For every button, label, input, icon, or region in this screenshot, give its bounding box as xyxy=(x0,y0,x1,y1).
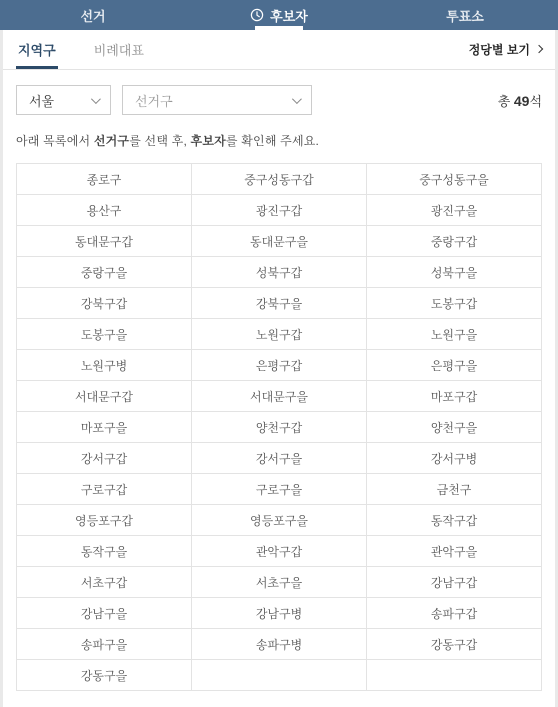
district-table: 종로구중구성동구갑중구성동구을용산구광진구갑광진구을동대문구갑동대문구을중랑구갑… xyxy=(16,163,542,691)
district-cell[interactable]: 동작구을 xyxy=(17,536,192,567)
tab-bar: 지역구비례대표 정당별 보기 xyxy=(3,30,555,70)
district-cell[interactable]: 중구성동구을 xyxy=(367,164,542,195)
nav-item-label: 투표소 xyxy=(446,6,484,25)
district-cell[interactable]: 마포구을 xyxy=(17,412,192,443)
district-cell[interactable]: 강동구갑 xyxy=(367,629,542,660)
table-row: 영등포구갑영등포구을동작구갑 xyxy=(17,505,542,536)
district-cell[interactable]: 양천구갑 xyxy=(192,412,367,443)
content-card: 지역구비례대표 정당별 보기 서울 선거구 총 49석 아래 목록에서 선거구를… xyxy=(3,30,555,707)
table-row: 도봉구을노원구갑노원구을 xyxy=(17,319,542,350)
table-row: 용산구광진구갑광진구을 xyxy=(17,195,542,226)
district-cell[interactable]: 중구성동구갑 xyxy=(192,164,367,195)
clock-icon xyxy=(250,8,264,22)
district-cell[interactable]: 강북구갑 xyxy=(17,288,192,319)
district-cell[interactable]: 동대문구갑 xyxy=(17,226,192,257)
party-view-label: 정당별 보기 xyxy=(469,41,530,58)
instruction-segment: 아래 목록에서 xyxy=(16,134,94,148)
district-cell[interactable]: 용산구 xyxy=(17,195,192,226)
district-cell[interactable]: 성북구갑 xyxy=(192,257,367,288)
district-cell[interactable]: 중랑구갑 xyxy=(367,226,542,257)
nav-item-polling[interactable]: 투표소 xyxy=(372,0,558,30)
district-cell[interactable]: 관악구을 xyxy=(367,536,542,567)
table-row: 마포구을양천구갑양천구을 xyxy=(17,412,542,443)
district-cell[interactable]: 동작구갑 xyxy=(367,505,542,536)
table-row: 노원구병은평구갑은평구을 xyxy=(17,350,542,381)
district-cell[interactable]: 서초구을 xyxy=(192,567,367,598)
district-cell[interactable]: 관악구갑 xyxy=(192,536,367,567)
district-select[interactable]: 선거구 xyxy=(122,85,312,115)
district-cell[interactable]: 서대문구을 xyxy=(192,381,367,412)
table-row: 서초구갑서초구을강남구갑 xyxy=(17,567,542,598)
district-cell[interactable]: 광진구을 xyxy=(367,195,542,226)
chevron-down-icon xyxy=(292,94,302,104)
district-cell[interactable]: 구로구갑 xyxy=(17,474,192,505)
instruction-segment: 선거구 xyxy=(94,134,129,148)
district-cell[interactable]: 광진구갑 xyxy=(192,195,367,226)
district-cell[interactable]: 중랑구을 xyxy=(17,257,192,288)
empty-cell xyxy=(192,660,367,691)
district-cell[interactable]: 양천구을 xyxy=(367,412,542,443)
district-cell[interactable]: 노원구병 xyxy=(17,350,192,381)
empty-cell xyxy=(367,660,542,691)
table-row: 동대문구갑동대문구을중랑구갑 xyxy=(17,226,542,257)
tab-proportional[interactable]: 비례대표 xyxy=(92,30,146,69)
nav-item-candidates[interactable]: 후보자 xyxy=(186,0,372,30)
tabs: 지역구비례대표 xyxy=(16,30,146,69)
district-cell[interactable]: 동대문구을 xyxy=(192,226,367,257)
district-cell[interactable]: 강남구갑 xyxy=(367,567,542,598)
district-cell[interactable]: 강서구을 xyxy=(192,443,367,474)
district-cell[interactable]: 강동구을 xyxy=(17,660,192,691)
district-cell[interactable]: 송파구을 xyxy=(17,629,192,660)
district-cell[interactable]: 송파구갑 xyxy=(367,598,542,629)
table-row: 강서구갑강서구을강서구병 xyxy=(17,443,542,474)
district-cell[interactable]: 금천구 xyxy=(367,474,542,505)
instruction-text: 아래 목록에서 선거구를 선택 후, 후보자를 확인해 주세요. xyxy=(16,132,542,149)
district-cell[interactable]: 노원구을 xyxy=(367,319,542,350)
instruction-segment: 를 확인해 주세요. xyxy=(226,134,319,148)
chevron-right-icon xyxy=(535,45,543,53)
district-select-value: 선거구 xyxy=(135,91,173,110)
top-navbar: 선거후보자투표소 xyxy=(0,0,558,30)
region-select[interactable]: 서울 xyxy=(16,85,111,115)
district-cell[interactable]: 영등포구을 xyxy=(192,505,367,536)
district-cell[interactable]: 도봉구을 xyxy=(17,319,192,350)
district-cell[interactable]: 강서구병 xyxy=(367,443,542,474)
table-row: 서대문구갑서대문구을마포구갑 xyxy=(17,381,542,412)
instruction-segment: 를 선택 후, xyxy=(129,134,190,148)
instruction-segment: 후보자 xyxy=(191,134,226,148)
district-cell[interactable]: 서대문구갑 xyxy=(17,381,192,412)
district-cell[interactable]: 강남구을 xyxy=(17,598,192,629)
district-cell[interactable]: 강서구갑 xyxy=(17,443,192,474)
district-cell[interactable]: 노원구갑 xyxy=(192,319,367,350)
district-cell[interactable]: 마포구갑 xyxy=(367,381,542,412)
table-row: 구로구갑구로구을금천구 xyxy=(17,474,542,505)
table-row: 강북구갑강북구을도봉구갑 xyxy=(17,288,542,319)
district-cell[interactable]: 은평구갑 xyxy=(192,350,367,381)
district-cell[interactable]: 종로구 xyxy=(17,164,192,195)
district-table-body: 종로구중구성동구갑중구성동구을용산구광진구갑광진구을동대문구갑동대문구을중랑구갑… xyxy=(17,164,542,691)
district-cell[interactable]: 성북구을 xyxy=(367,257,542,288)
district-cell[interactable]: 강남구병 xyxy=(192,598,367,629)
table-row: 동작구을관악구갑관악구을 xyxy=(17,536,542,567)
table-row: 강남구을강남구병송파구갑 xyxy=(17,598,542,629)
table-row: 송파구을송파구병강동구갑 xyxy=(17,629,542,660)
total-seats: 총 49석 xyxy=(498,91,542,110)
party-view-link[interactable]: 정당별 보기 xyxy=(469,30,542,69)
district-cell[interactable]: 은평구을 xyxy=(367,350,542,381)
nav-item-label: 후보자 xyxy=(270,6,308,25)
district-cell[interactable]: 서초구갑 xyxy=(17,567,192,598)
table-row: 종로구중구성동구갑중구성동구을 xyxy=(17,164,542,195)
district-cell[interactable]: 영등포구갑 xyxy=(17,505,192,536)
filter-row: 서울 선거구 총 49석 xyxy=(16,85,542,115)
nav-item-elections[interactable]: 선거 xyxy=(0,0,186,30)
district-cell[interactable]: 강북구을 xyxy=(192,288,367,319)
district-cell[interactable]: 도봉구갑 xyxy=(367,288,542,319)
table-row: 중랑구을성북구갑성북구을 xyxy=(17,257,542,288)
district-cell[interactable]: 송파구병 xyxy=(192,629,367,660)
table-row: 강동구을 xyxy=(17,660,542,691)
total-seats-count: 49 xyxy=(514,93,530,109)
nav-item-label: 선거 xyxy=(80,6,105,25)
chevron-down-icon xyxy=(91,94,101,104)
tab-district[interactable]: 지역구 xyxy=(16,30,58,69)
region-select-value: 서울 xyxy=(29,91,54,110)
district-cell[interactable]: 구로구을 xyxy=(192,474,367,505)
